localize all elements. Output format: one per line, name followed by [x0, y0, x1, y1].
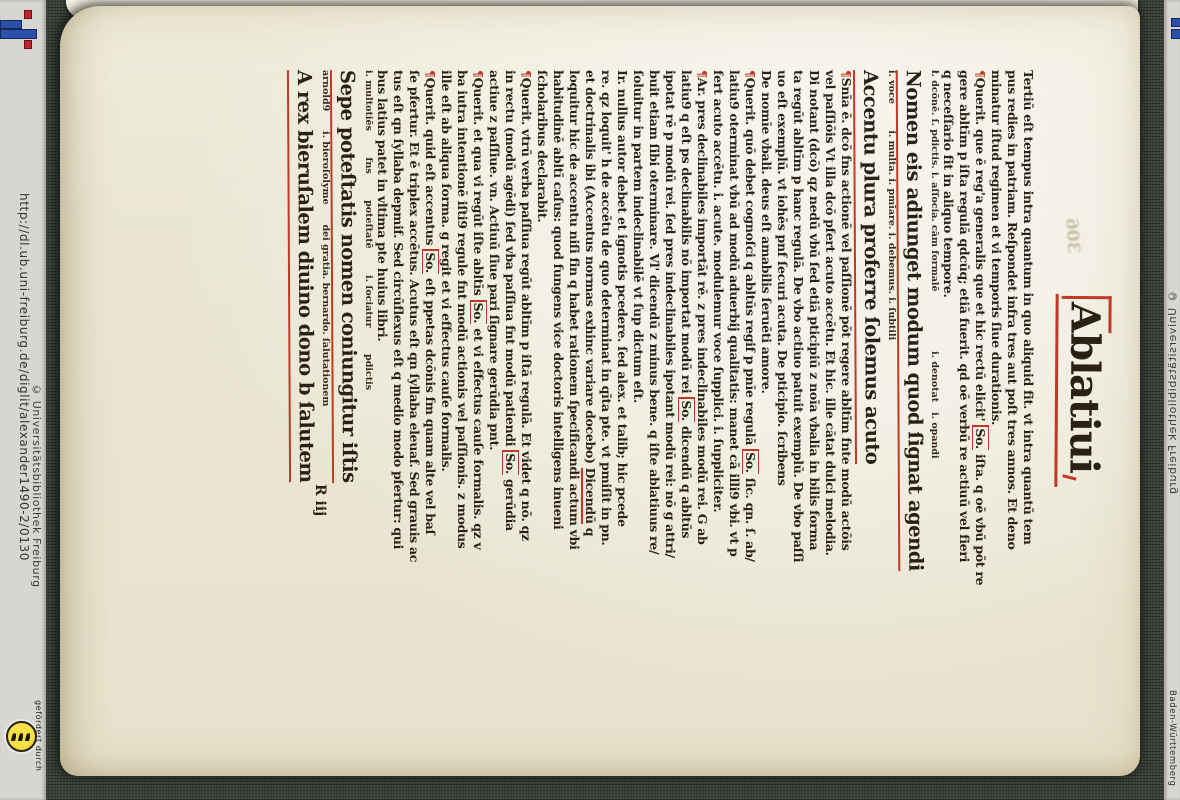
commentary-line: ille eſt ab aliqua forma. g regit et vi … [438, 70, 454, 550]
commentary-line: ¶Querit. quō debet cognoſci q abltūs reg… [742, 70, 758, 550]
funding-label: gefördert durch [34, 700, 43, 772]
line-text: ¶Querit. quō debet cognoſci q abltūs reg… [742, 70, 759, 562]
commentary-line: gere abltīm p iſta regulā qdcūq; etiā fu… [956, 70, 972, 550]
commentary-line: ipotat rē p modū rei. ſed pres indeclina… [662, 70, 678, 550]
line-text: ſcholaribus declarabit. [535, 70, 550, 222]
interlinear-gloss-line: i. multotiēs fns poteſtatē i. ſociatur p… [362, 70, 374, 550]
commentary-line: minatur iſtud regimen et vi temporis ſiu… [988, 70, 1004, 550]
line-text: latiu9 oterminat vbū ad modū aduerbij qu… [727, 70, 742, 556]
line-text: habitudinē abltī caſus: quod fungens vic… [551, 70, 566, 530]
line-text: Di notant (dcō) qz nedū vbū ſed etiā pti… [807, 70, 822, 550]
commentary-line: ta regūt abltīm p hanc regulā. De vbo ac… [790, 70, 806, 550]
line-text: i. multotiēs fns poteſtatē i. ſociatur p… [363, 70, 374, 390]
commentary-line: bus latius patet in vltima pte huius lib… [374, 70, 390, 550]
commentary-line: latiu9 q eſt ps declinabilis nō importat… [678, 70, 694, 550]
line-text: tus eſt qn ſyllaba depmif. Sed circūflex… [391, 70, 406, 549]
running-title-rest: blatiui [1060, 333, 1108, 473]
commentary-line: tus eſt qn ſyllaba depmif. Sed circūflex… [390, 70, 406, 550]
copyright-mirrored-label: © Universitätsbibliothek Freiburg [1166, 290, 1179, 495]
verse-heading-line: Nomen eis adiunget modum quod ſignat age… [897, 70, 928, 550]
scan-frame-left-strip: http://dl.ub.uni-freiburg.de/diglit/alex… [0, 0, 46, 800]
verse-heading-line: Accentu plura proferre ſolemus acuto [854, 70, 885, 550]
rubric-tail-stroke [1062, 475, 1076, 481]
line-text: gere abltīm p iſta regulā qdcūq; etiā fu… [957, 70, 972, 562]
logo-fragment-icon [1171, 18, 1180, 27]
line-text: fert acuto accētu. i. acute. modulemur v… [711, 70, 726, 512]
commentary-line: De nomīe vbali. deus eſt amabilis ſeruēt… [758, 70, 774, 550]
interlinear-gloss-line: arnold9 i. bieroſolyme dei gratia. berna… [319, 70, 331, 550]
line-text: et doctrinalis ibi (Accentus normas exhi… [581, 70, 598, 536]
commentary-line: ¶Querit. vtrū verba paſſiua regūt abltīm… [518, 70, 534, 550]
logo-blue-bar-icon [0, 20, 22, 29]
line-text: Accentu plura proferre ſolemus acuto [853, 70, 886, 464]
commentary-line: q neceſſario fit in aliquo tempore. [940, 70, 956, 550]
logo-red-square-icon [24, 40, 32, 49]
commentary-line: habitudinē abltī caſus: quod fungens vic… [550, 70, 566, 550]
line-text: ¶Querit. et qua vi regūt iſte abltīs So.… [470, 70, 487, 549]
line-text: Sepe poteſtatis nomen coniungitur iſtis [330, 70, 363, 483]
line-text: ba iutra intentionē iſti9 regule fnt mod… [455, 70, 470, 549]
line-text: pus redies in patriam. Reſpondet infra t… [1005, 70, 1020, 550]
commentary-line: pus redies in patriam. Reſpondet infra t… [1004, 70, 1020, 550]
line-text: buit etiam ſibi oterminare. Vl' dicendū … [647, 70, 662, 554]
commentary-line: actiue z paſſiue. vn. Actiuū ſiue pari ſ… [486, 70, 502, 550]
commentary-line: uo eſt exemplū. vt iohēs pnf ſecuri acut… [774, 70, 790, 550]
line-text: actiue z paſſiue. vn. Actiuū ſiue pari ſ… [487, 70, 502, 450]
commentary-line: ba iutra intentionē iſti9 regule fnt mod… [454, 70, 470, 550]
line-text: ille eſt ab aliqua forma. g regit et vi … [439, 70, 454, 471]
line-text: ipotat rē p modū rei. ſed pres indeclina… [663, 70, 678, 558]
running-title: Ablatiui [1055, 6, 1108, 776]
scan-viewer: Ablatiui 306 Tertiū eſt tempus intra qua… [0, 0, 1180, 800]
logo-fragment-icon [1171, 29, 1180, 39]
commentary-line: ¶Ar. pres declinabiles importāt rē. z pr… [694, 70, 710, 550]
commentary-line: in rectu (modū agēdi) ſed vba paſſiua fn… [502, 70, 518, 550]
line-text: Nomen eis adiunget modum quod ſignat age… [896, 70, 930, 571]
commentary-line: ¶Snīa ē. dcō fns actionē vel paſſionē pō… [838, 70, 854, 550]
line-text: minatur iſtud regimen et vi temporis ſiu… [989, 70, 1004, 425]
line-text: De nomīe vbali. deus eſt amabilis ſeruēt… [759, 70, 774, 394]
book-page: Ablatiui 306 Tertiū eſt tempus intra qua… [60, 6, 1140, 776]
line-text: in rectu (modū agēdi) ſed vba paſſiua fn… [502, 70, 519, 531]
line-text: q neceſſario fit in aliquo tempore. [941, 70, 956, 298]
text-block: Tertiū eſt tempus intra quantum in quo a… [288, 70, 1036, 550]
line-text: Tertiū eſt tempus intra quantum in quo a… [1021, 70, 1036, 545]
line-text: ł. dcōnē. ſ. pdictis. i. aſſocia. cām fo… [929, 70, 940, 459]
line-text: A rex bieruſalem diuino dono b ſalutem [287, 70, 320, 483]
state-label: Baden-Württemberg [1167, 690, 1177, 787]
line-text: ¶Querit. vtrū verba paſſiua regūt abltīm… [519, 70, 534, 541]
commentary-line: loquitur hic de accentu niſi fin q habet… [566, 70, 582, 550]
commentary-line: buit etiam ſibi oterminare. Vl' dicendū … [646, 70, 662, 550]
commentary-line: ſe pfertur. Et ē triplex accētus. Acutus… [406, 70, 422, 550]
line-text: ¶Querit. quid eſt accentus So. eſt ppeta… [422, 70, 439, 535]
commentary-line: fert acuto accētu. i. acute. modulemur v… [710, 70, 726, 550]
commentary-line: et doctrinalis ibi (Accentus normas exhi… [582, 70, 598, 550]
commentary-line: Ir. nullus autor debet et ignotis pceder… [614, 70, 630, 550]
commentary-line: Tertiū eſt tempus intra quantum in quo a… [1020, 70, 1036, 550]
running-title-initial: A [1061, 296, 1111, 333]
running-title-text: Ablatiui [1054, 294, 1108, 487]
quire-signature: R iij [312, 484, 328, 516]
commentary-line: ¶Querit. et qua vi regūt iſte abltīs So.… [470, 70, 486, 550]
commentary-line: latiu9 oterminat vbū ad modū aduerbij qu… [726, 70, 742, 550]
line-text: ſoluitur in partem indeclinabilē vt ſup … [631, 70, 646, 403]
line-text: ¶Snīa ē. dcō fns actionē vel paſſionē pō… [839, 70, 854, 551]
logo-red-square-icon [24, 10, 32, 19]
line-text: loquitur hic de accentu niſi fin q habet… [567, 70, 582, 550]
line-text: ta regūt abltīm p hanc regulā. De vbo ac… [791, 70, 806, 562]
commentary-line: vel paſſiōis Vt illa dcō pfert acuto acc… [822, 70, 838, 550]
commentary-line: ¶Querit. quid eſt accentus So. eſt ppeta… [422, 70, 438, 550]
commentary-line: ſcholaribus declarabit. [534, 70, 550, 550]
commentary-line: ſoluitur in partem indeclinabilē vt ſup … [630, 70, 646, 550]
interlinear-gloss-line: ł. dcōnē. ſ. pdictis. i. aſſocia. cām fo… [928, 70, 940, 550]
line-text: Ir. nullus autor debet et ignotis pceder… [615, 70, 630, 527]
document-url-label: http://dl.ub.uni-freiburg.de/diglit/alex… [17, 193, 31, 561]
line-text: ¶Ar. pres declinabiles importāt rē. z pr… [695, 70, 710, 544]
line-text: ¶Querit. que ē reg'a generalis que et hi… [972, 70, 989, 585]
line-text: bus latius patet in vltima pte huius lib… [375, 70, 390, 341]
verse-heading-line: A rex bieruſalem diuino dono b ſalutem [288, 70, 319, 550]
line-text: re. qz loquit' h de accētu de quo determ… [599, 70, 614, 545]
commentary-line: Di notant (dcō) qz nedū vbū ſed etiā pti… [806, 70, 822, 550]
line-text: vel paſſiōis Vt illa dcō pfert acuto acc… [823, 70, 838, 556]
commentary-line: re. qz loquit' h de accētu de quo determ… [598, 70, 614, 550]
copyright-label: © Universitätsbibliothek Freiburg [30, 383, 43, 588]
line-text: uo eſt exemplū. vt iohēs pnf ſecuri acut… [775, 70, 790, 486]
showthrough-folio-number: 306 [1061, 217, 1083, 254]
baden-wuerttemberg-coat-of-arms-icon [6, 721, 37, 752]
line-text: ſe pfertur. Et ē triplex accētus. Acutus… [407, 70, 422, 562]
line-text: latiu9 q eſt ps declinabilis nō importat… [678, 70, 695, 538]
verse-heading-line: Sepe poteſtatis nomen coniungitur iſtis [331, 70, 362, 550]
logo-blue-bar-icon [0, 29, 37, 39]
commentary-line: ¶Querit. que ē reg'a generalis que et hi… [972, 70, 988, 550]
